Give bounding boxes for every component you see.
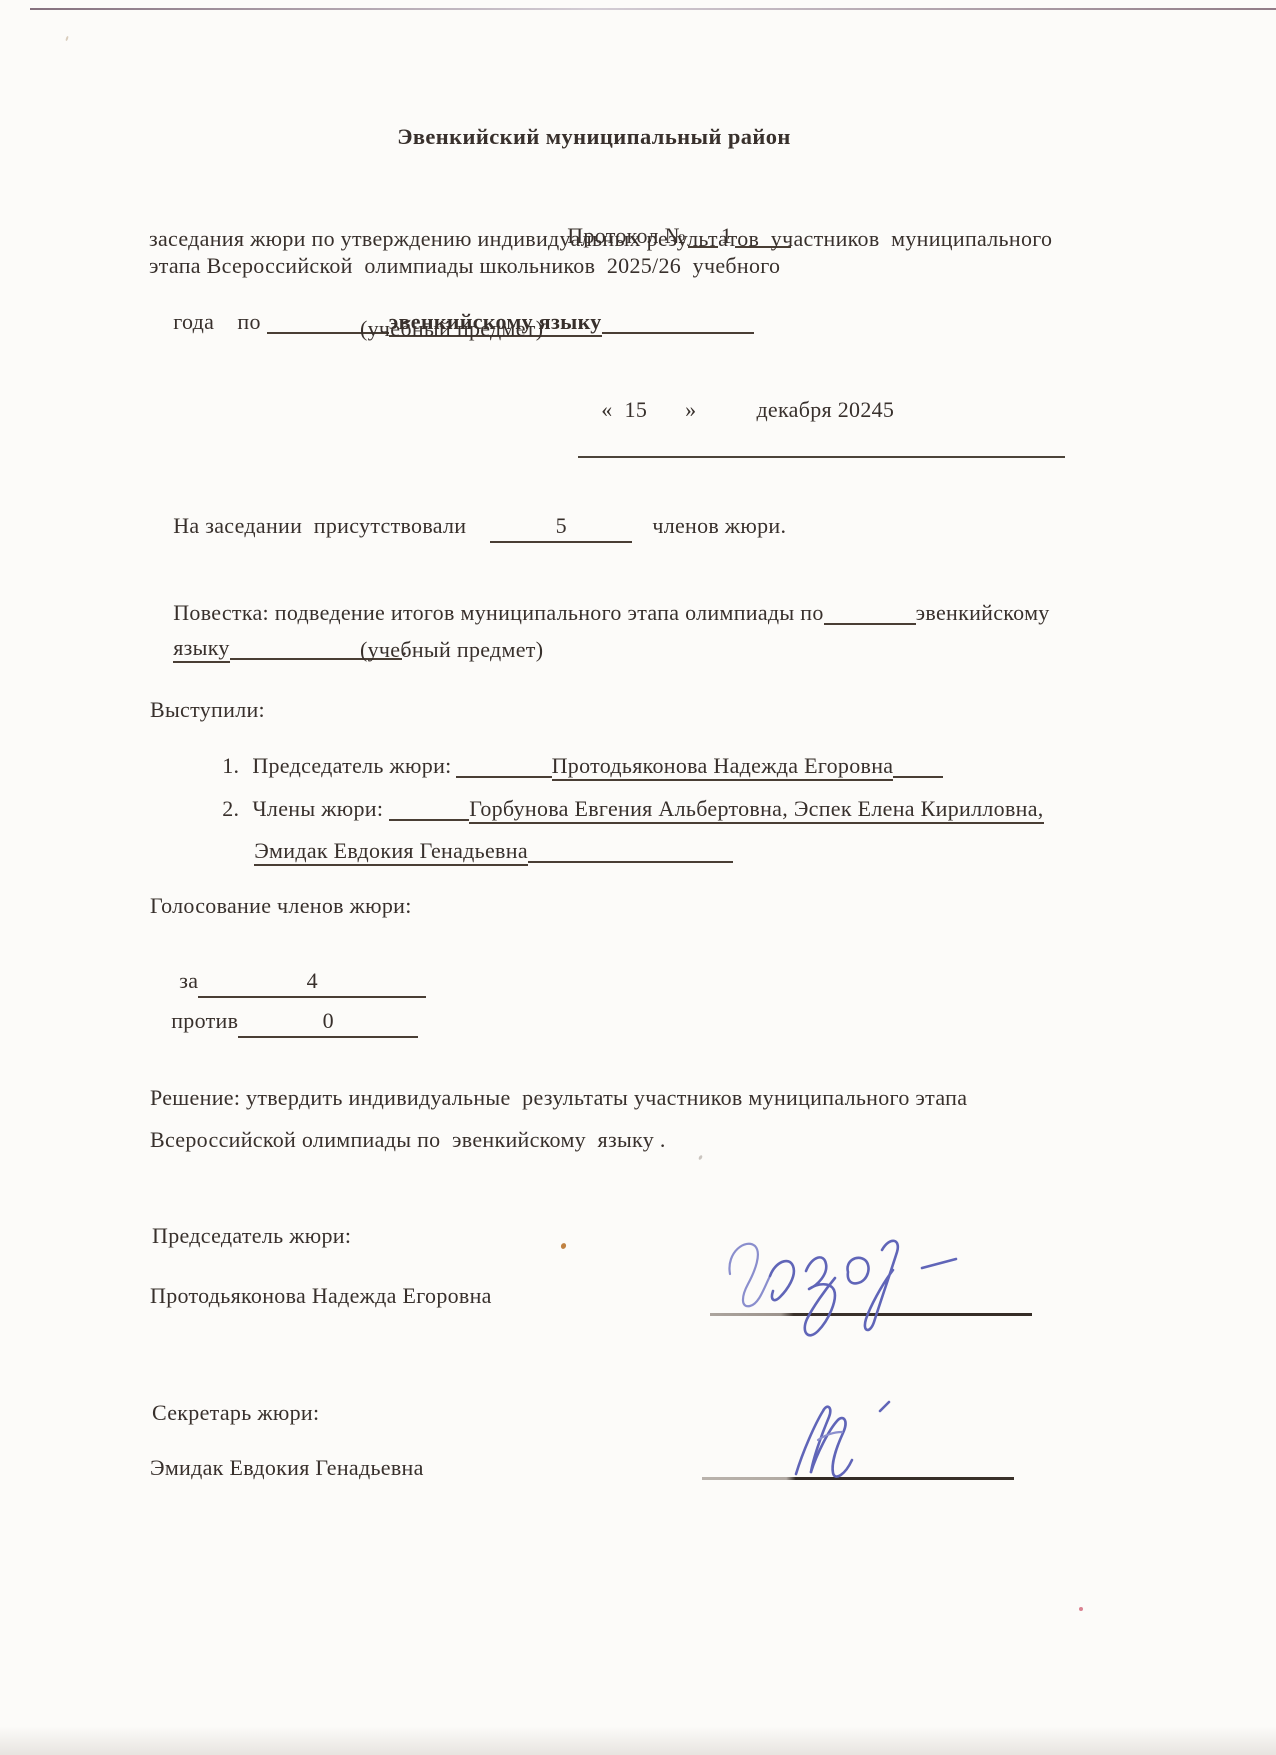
date-day: 15 xyxy=(625,397,648,422)
blank-underline xyxy=(528,856,733,863)
scanned-document-page: Эвенкийский муниципальный район Протокол… xyxy=(0,0,1276,1755)
speakers-heading: Выступили: xyxy=(150,696,265,724)
voting-heading: Голосование членов жюри: xyxy=(150,892,412,920)
agenda-line-1-tail: эвенкийскому xyxy=(916,600,1050,625)
chairman-signature-ink xyxy=(660,1226,1000,1344)
speaker-item-2-name-cont: Эмидак Евдокия Генадьевна xyxy=(254,838,528,866)
intro-line-2: этапа Всероссийской олимпиады школьников… xyxy=(149,252,780,280)
blank-underline xyxy=(824,618,916,625)
voting-against-line: против0 xyxy=(148,979,418,1066)
date-close-quote: » xyxy=(685,397,696,422)
scan-speck-gray xyxy=(698,1155,703,1161)
scan-speck-beige xyxy=(65,36,69,41)
intro-line-1: заседания жюри по утверждению индивидуал… xyxy=(149,225,1052,253)
agenda-line-2-word: языку xyxy=(173,635,229,663)
secretary-signature-ink xyxy=(762,1394,937,1494)
scan-edge-artifact-top xyxy=(30,8,1276,10)
voting-against-count: 0 xyxy=(238,1007,418,1038)
attendance-line: На заседании присутствовали5членов жюри. xyxy=(150,484,786,571)
date-line: «15»декабря 20245 xyxy=(578,368,1065,458)
scan-speck-orange xyxy=(560,1242,567,1250)
chairman-name: Протодьяконова Надежда Егоровна xyxy=(150,1282,492,1310)
subject-caption-2: (учебный предмет) xyxy=(360,636,543,664)
decision-line-1: Решение: утвердить индивидуальные резуль… xyxy=(150,1084,967,1112)
voting-against-label: против xyxy=(171,1008,238,1033)
attendance-prefix: На заседании присутствовали xyxy=(173,513,466,538)
attendance-suffix: членов жюри. xyxy=(652,513,786,538)
chairman-role-label: Председатель жюри: xyxy=(152,1222,351,1250)
scan-edge-artifact-bottom xyxy=(0,1726,1276,1755)
date-open-quote: « xyxy=(601,397,612,422)
secretary-name: Эмидак Евдокия Генадьевна xyxy=(150,1454,424,1482)
decision-line-2: Всероссийской олимпиады по эвенкийскому … xyxy=(150,1126,666,1154)
intro-line-3-prefix: года по xyxy=(173,309,261,334)
scan-speck-pink xyxy=(1079,1607,1083,1611)
subject-caption-1: (учебный предмет) xyxy=(360,315,543,343)
date-month-year: декабря 20245 xyxy=(756,397,894,422)
blank-underline xyxy=(602,327,754,334)
speaker-item-2-continuation: Эмидак Евдокия Генадьевна xyxy=(231,809,733,893)
document-title: Эвенкийский муниципальный район xyxy=(148,123,1040,151)
attendance-count: 5 xyxy=(490,512,632,543)
secretary-role-label: Секретарь жюри: xyxy=(152,1399,319,1427)
